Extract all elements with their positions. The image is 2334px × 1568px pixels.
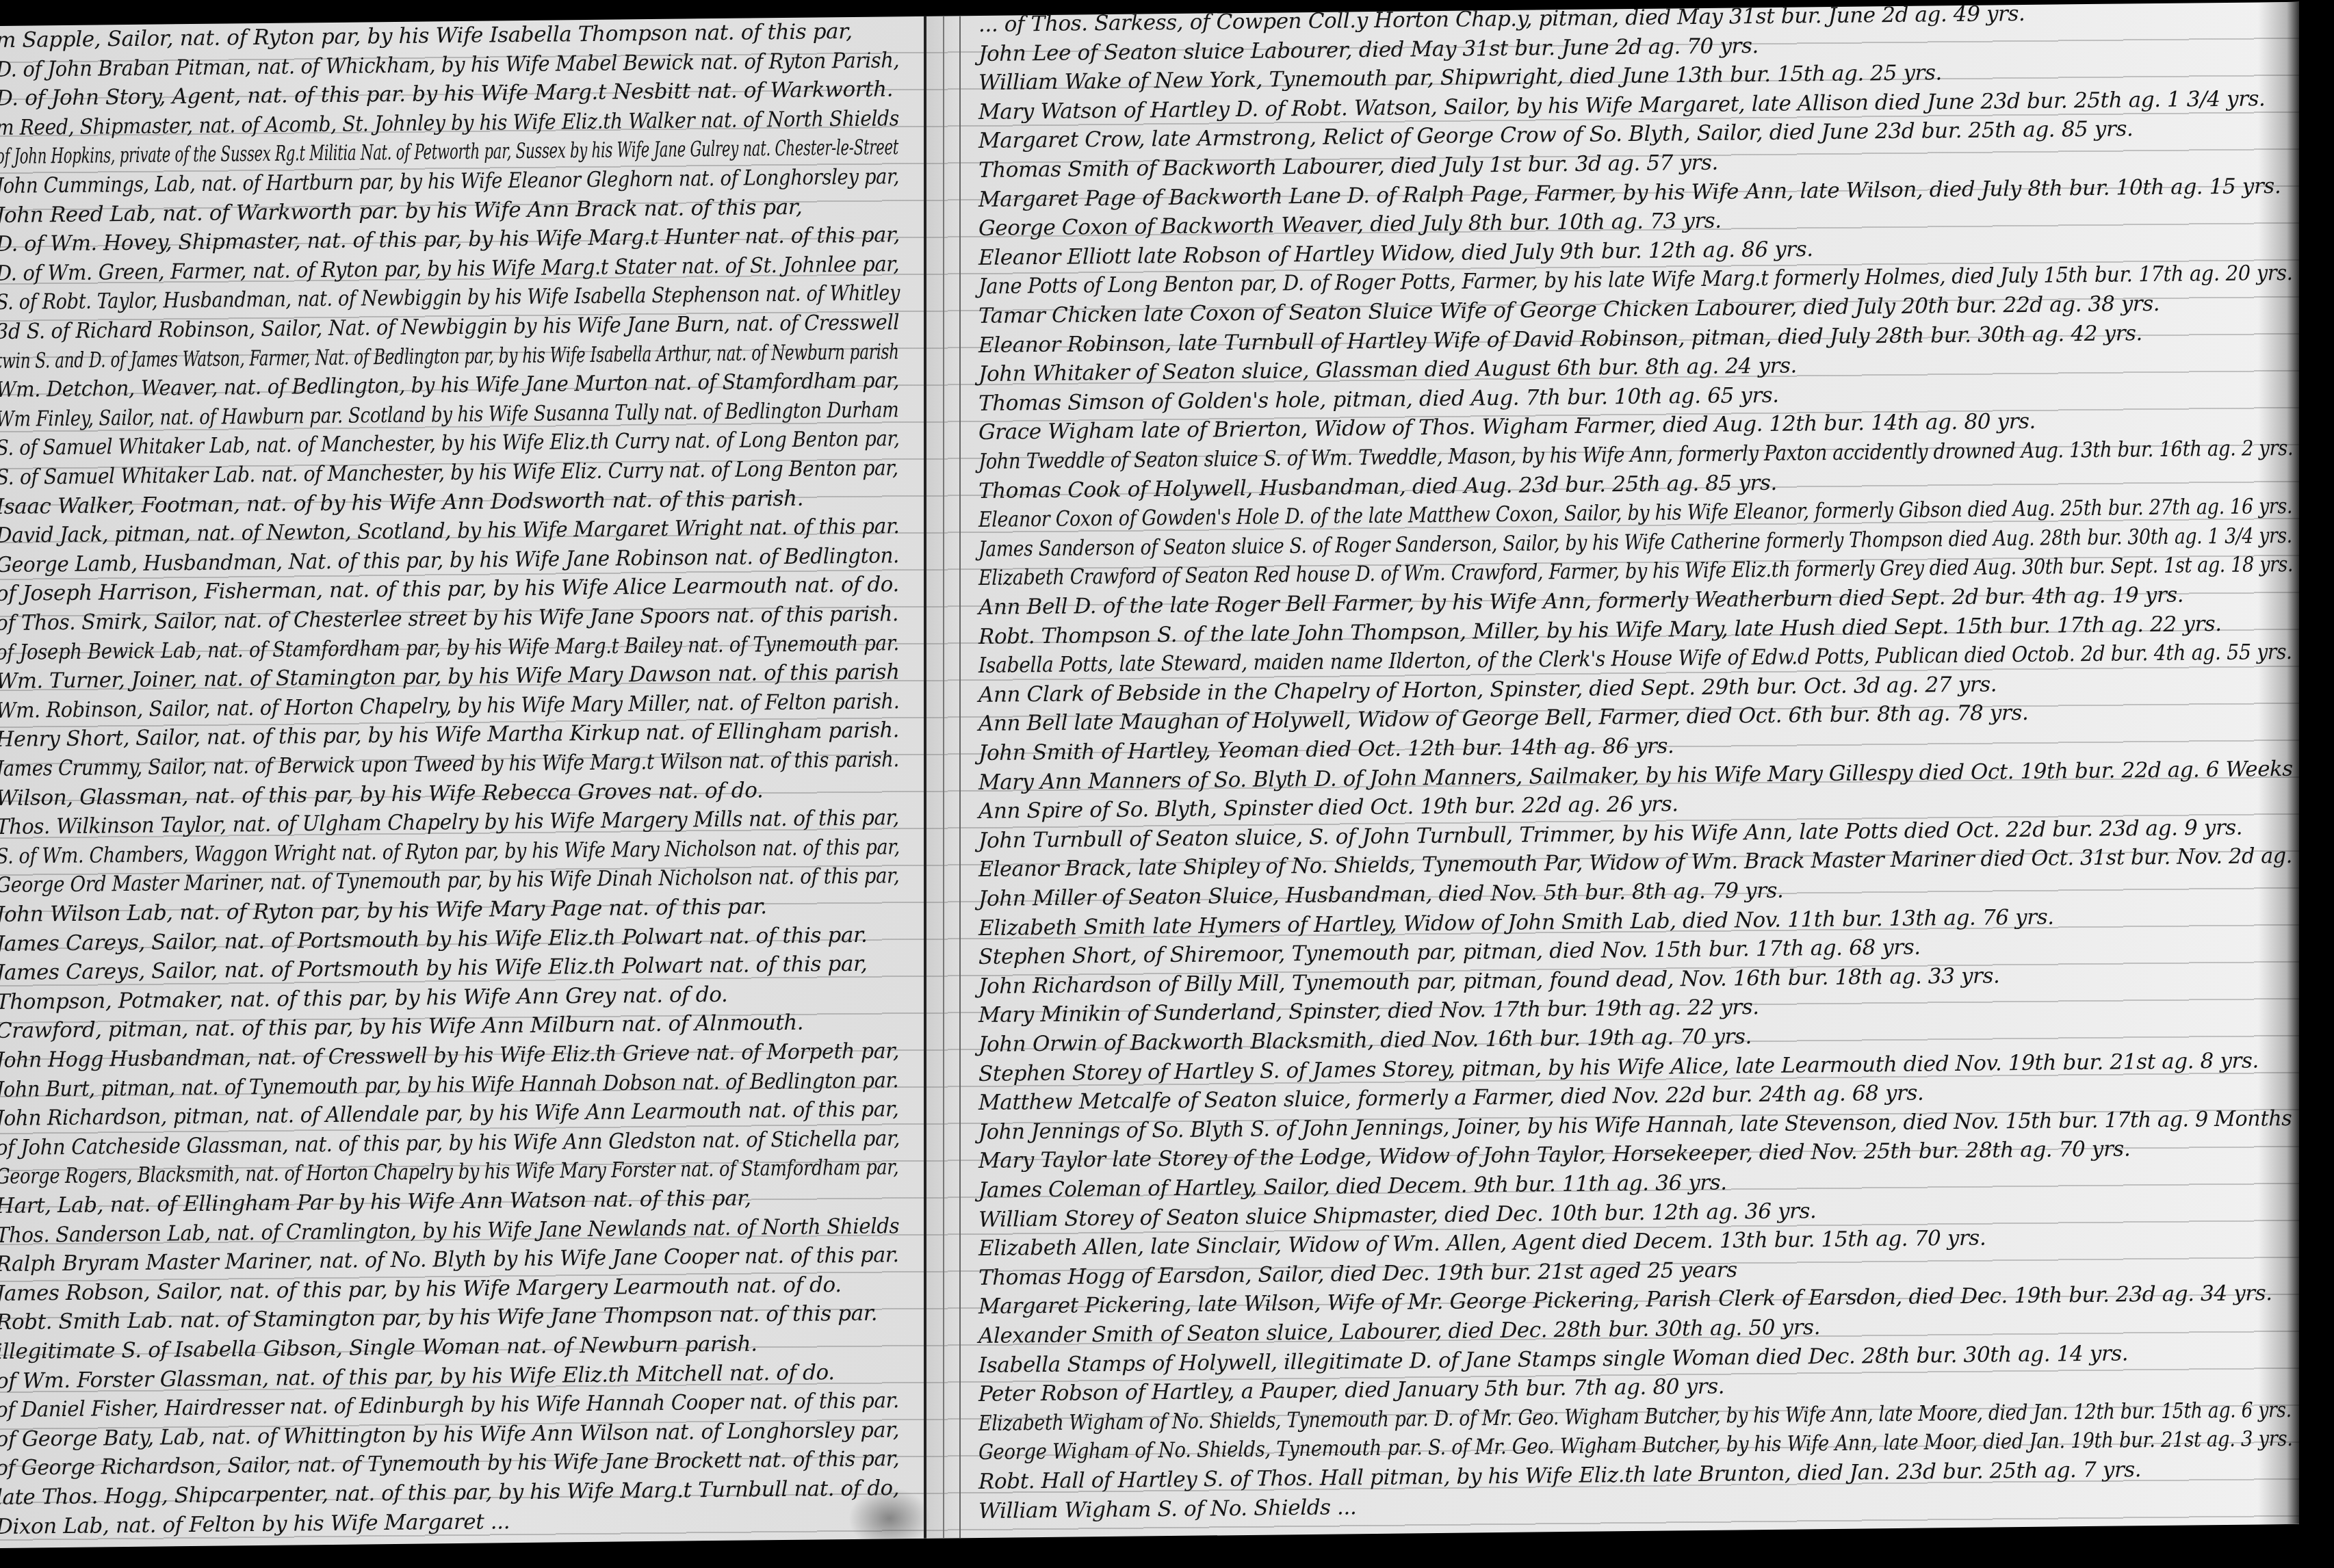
page-gutter-rule (924, 16, 961, 1539)
right-page-burials: ... of Thos. Sarkess, of Cowpen Coll.y H… (965, 2, 2299, 1538)
ink-stain (848, 1487, 931, 1548)
left-page-baptisms: m Sapple, Sailor, nat. of Ryton par, by … (0, 16, 924, 1548)
baptism-entry: Dixon Lab, nat. of Felton by his Wife Ma… (0, 1503, 510, 1545)
burial-entry: William Wigham S. of No. Shields ... (978, 1489, 1356, 1530)
document-scan: m Sapple, Sailor, nat. of Ryton par, by … (0, 0, 2334, 1568)
page-edge-shadow (2258, 2, 2299, 1525)
register-spread: m Sapple, Sailor, nat. of Ryton par, by … (0, 2, 2299, 1548)
